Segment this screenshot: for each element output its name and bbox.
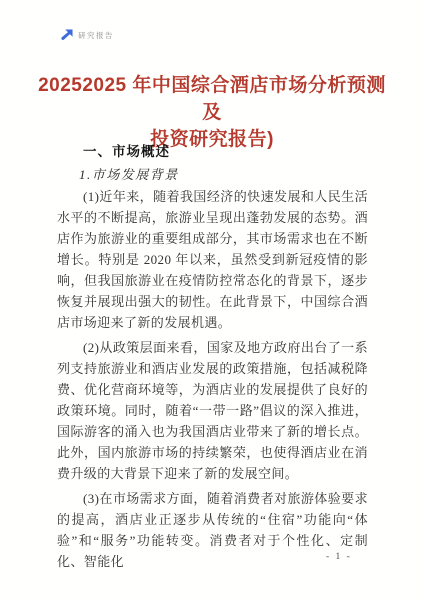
document-page: 研究报告 20252025 年中国综合酒店市场分析预测及 投资研究报告) 一、市… (0, 0, 424, 600)
report-body: 一、市场概述 1.市场发展背景 (1)近年来，随着我国经济的快速发展和人民生活水… (57, 141, 368, 576)
section-heading: 一、市场概述 (83, 141, 368, 162)
report-title-line1: 20252025 年中国综合酒店市场分析预测及 (38, 75, 386, 123)
arrow-up-right-icon (60, 28, 74, 42)
page-number: - 1 - (326, 552, 352, 562)
paragraph-1: (1)近年来，随着我国经济的快速发展和人民生活水平的不断提高，旅游业呈现出蓬勃发… (57, 186, 368, 333)
subsection-heading: 1.市场发展背景 (79, 164, 368, 185)
brand-text: 研究报告 (78, 30, 114, 41)
paragraph-3: (3)在市场需求方面，随着消费者对旅游体验要求的提高，酒店业正逐步从传统的“住宿… (57, 488, 368, 572)
brand-logo: 研究报告 (60, 28, 114, 42)
paragraph-2: (2)从政策层面来看，国家及地方政府出台了一系列支持旅游业和酒店业发展的政策措施… (57, 337, 368, 484)
